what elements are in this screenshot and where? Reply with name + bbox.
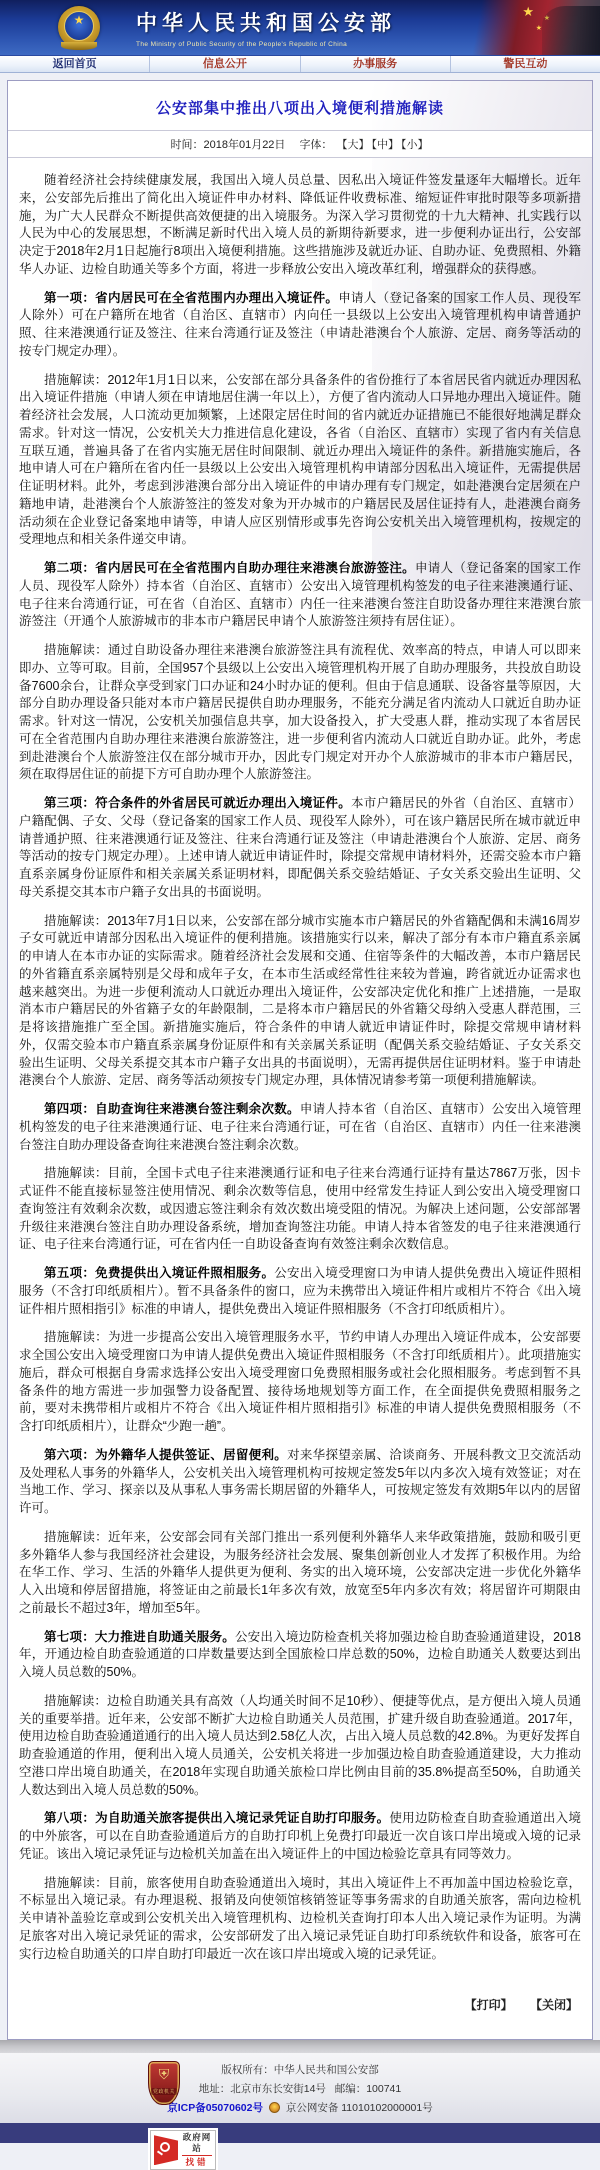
icp-license-link[interactable]: 京ICP备05070602号	[167, 2102, 263, 2114]
font-size-controls: 【大】【中】【小】	[336, 139, 430, 151]
divider-bar	[0, 2040, 600, 2053]
item-heading: 第六项：为外籍华人提供签证、居留便利。	[44, 1448, 287, 1462]
badge-line1: 政府网站	[182, 2132, 212, 2154]
soldiers-silhouette-image	[542, 6, 600, 55]
item-heading: 第七项：大力推进自助通关服务。	[44, 1630, 235, 1644]
address-text: 地址：北京市东长安街14号 邮编：100741	[0, 2081, 600, 2096]
site-title: 中华人民共和国公安部	[136, 7, 396, 37]
party-government-shield-icon: ⛨ 党政机关	[148, 2061, 180, 2105]
flag-star-icon: ★	[522, 4, 534, 20]
article-item-paragraph: 第三项：符合条件的外省居民可就近办理出入境证件。本市户籍居民的外省（自治区、直辖…	[19, 795, 581, 902]
article-paragraph: 措施解读：边检自助通关具有高效（人均通关时间不足10秒）、便捷等优点，是方便出入…	[19, 1693, 581, 1800]
article-paragraph: 随着经济社会持续健康发展，我国出入境人员总量、因私出入境证件签发量逐年大幅增长。…	[19, 172, 581, 279]
font-size-large[interactable]: 【大】	[337, 139, 370, 151]
site-header: ★ 中华人民共和国公安部 The Ministry of Public Secu…	[0, 0, 600, 55]
font-size-small[interactable]: 【小】	[401, 139, 429, 151]
close-button[interactable]: 【关闭】	[530, 1998, 578, 2012]
copyright-text: 版权所有：中华人民共和国公安部	[0, 2062, 600, 2077]
article-paragraph: 措施解读：目前，全国卡式电子往来港澳通行证和电子往来台湾通行证持有量达7867万…	[19, 1165, 581, 1254]
gov-site-error-report-badge[interactable]: 政府网站 找错	[150, 2130, 216, 2170]
site-footer: ⛨ 党政机关 版权所有：中华人民共和国公安部 地址：北京市东长安街14号 邮编：…	[0, 2053, 600, 2123]
nav-item-police-interaction[interactable]: 警民互动	[451, 56, 600, 72]
article-item-paragraph: 第七项：大力推进自助通关服务。公安出入境边防检查机关将加强边检自助查验通道建设，…	[19, 1629, 581, 1682]
article-item-paragraph: 第一项：省内居民可在全省范围内办理出入境证件。申请人（登记备案的国家工作人员、现…	[19, 290, 581, 361]
time-label: 时间：	[170, 139, 203, 151]
item-heading: 第三项：符合条件的外省居民可就近办理出入境证件。	[44, 796, 351, 810]
article-paragraph: 措施解读：目前，旅客使用自助查验通道出入境时，其出入境证件上不再加盖中国边检验讫…	[19, 1875, 581, 1964]
item-heading: 第二项：省内居民可在全省范围内自助办理往来港澳台旅游签注。	[44, 561, 415, 575]
item-heading: 第五项：免费提供出入境证件照相服务。	[44, 1266, 274, 1280]
site-subtitle-english: The Ministry of Public Security of the P…	[136, 41, 396, 48]
badge-line2: 找错	[182, 2155, 212, 2168]
item-heading: 第一项：省内居民可在全省范围内办理出入境证件。	[44, 291, 338, 305]
print-button[interactable]: 【打印】	[465, 1998, 513, 2012]
bottom-bar: 政府网站 找错	[0, 2123, 600, 2143]
nav-item-services[interactable]: 办事服务	[301, 56, 451, 72]
article-paragraph: 措施解读：为进一步提高公安出入境管理服务水平，节约申请人办理出入境证件成本，公安…	[19, 1329, 581, 1436]
article-body: 随着经济社会持续健康发展，我国出入境人员总量、因私出入境证件签发量逐年大幅增长。…	[8, 158, 592, 1980]
article-item-paragraph: 第四项：自助查询往来港澳台签注剩余次数。申请人持本省（自治区、直辖市）公安出入境…	[19, 1101, 581, 1154]
public-security-filing-link[interactable]: 京公网安备 11010102000001号	[286, 2102, 433, 2114]
item-heading: 第八项：为自助通关旅客提供出入境记录凭证自助打印服务。	[44, 1811, 389, 1825]
article-actions: 【打印】 【关闭】	[8, 1980, 592, 2039]
article-paragraph: 措施解读：2013年7月1日以来，公安部在部分城市实施本市户籍居民的外省籍配偶和…	[19, 913, 581, 1091]
article-container: 公安部集中推出八项出入境便利措施解读 时间：2018年01月22日字体： 【大】…	[7, 80, 593, 2040]
nav-item-info-disclosure[interactable]: 信息公开	[150, 56, 300, 72]
article-title: 公安部集中推出八项出入境便利措施解读	[8, 81, 592, 130]
postcode: 100741	[366, 2083, 401, 2095]
article-paragraph: 措施解读：近年来，公安部会同有关部门推出一系列便利外籍华人来华政策措施，鼓励和吸…	[19, 1529, 581, 1618]
article-item-paragraph: 第八项：为自助通关旅客提供出入境记录凭证自助打印服务。使用边防检查自助查验通道出…	[19, 1810, 581, 1863]
article-item-paragraph: 第二项：省内居民可在全省范围内自助办理往来港澳台旅游签注。申请人（登记备案的国家…	[19, 560, 581, 631]
article-item-paragraph: 第五项：免费提供出入境证件照相服务。公安出入境受理窗口为申请人提供免费出入境证件…	[19, 1265, 581, 1318]
item-heading: 第四项：自助查询往来港澳台签注剩余次数。	[44, 1102, 300, 1116]
flag-banner-image: ★ ★ ★	[450, 0, 600, 55]
ministry-emblem-icon: ★	[58, 6, 100, 48]
article-item-paragraph: 第六项：为外籍华人提供签证、居留便利。对来华探望亲属、洽谈商务、开展科教文卫交流…	[19, 1447, 581, 1518]
article-meta: 时间：2018年01月22日字体： 【大】【中】【小】	[8, 130, 592, 158]
nav-item-home[interactable]: 返回首页	[0, 56, 150, 72]
main-nav: 返回首页信息公开办事服务警民互动	[0, 55, 600, 73]
publish-date: 2018年01月22日	[203, 139, 285, 151]
article-paragraph: 措施解读：2012年1月1日以来，公安部在部分具备条件的省份推行了本省居民省内就…	[19, 372, 581, 550]
font-size-medium[interactable]: 【中】	[372, 139, 400, 151]
magnifier-icon	[154, 2135, 178, 2165]
article-paragraph: 措施解读：通过自助设备办理往来港澳台旅游签注具有流程优、效率高的特点，申请人可以…	[19, 642, 581, 784]
font-label: 字体：	[299, 139, 332, 151]
police-badge-icon	[269, 2102, 280, 2113]
